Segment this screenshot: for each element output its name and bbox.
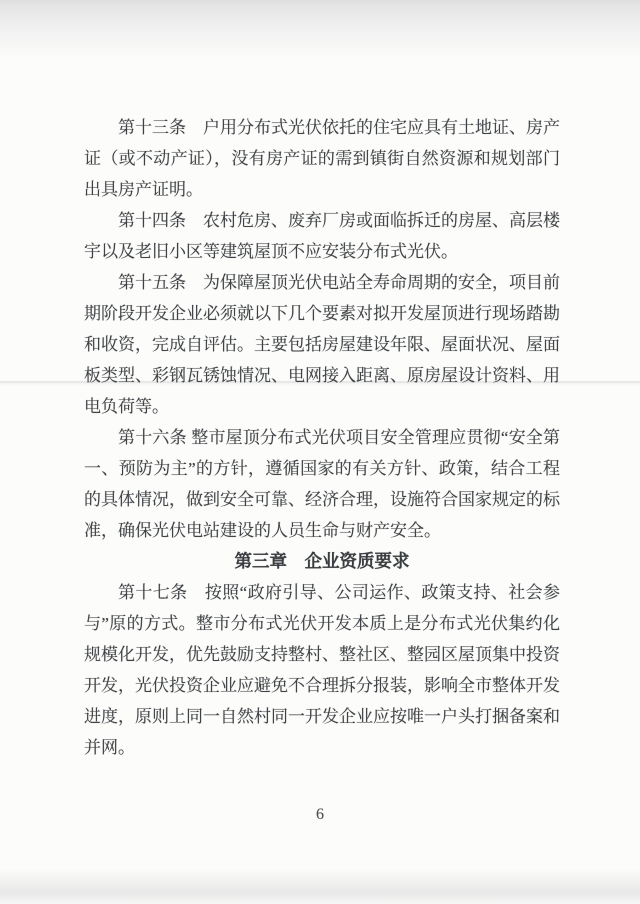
- article-16-paragraph: 第十六条 整市屋顶分布式光伏项目安全管理应贯彻“安全第一、预防为主”的方针，遵循…: [84, 422, 560, 546]
- document-body: 第十三条 户用分布式光伏依托的住宅应具有土地证、房产证（或不动产证），没有房产证…: [84, 112, 560, 763]
- scan-top-shadow: [0, 0, 640, 58]
- article-14-paragraph: 第十四条 农村危房、废弃厂房或面临拆迁的房屋、高层楼宇以及老旧小区等建筑屋顶不应…: [84, 205, 560, 267]
- page-number: 6: [0, 803, 640, 827]
- article-17-paragraph: 第十七条 按照“政府引导、公司运作、政策支持、社会参与”原的方式。整市分布式光伏…: [84, 577, 560, 763]
- article-15-paragraph: 第十五条 为保障屋顶光伏电站全寿命周期的安全，项目前期阶段开发企业必须就以下几个…: [84, 267, 560, 422]
- scanned-document-page: 第十三条 户用分布式光伏依托的住宅应具有土地证、房产证（或不动产证），没有房产证…: [0, 0, 640, 904]
- chapter-heading: 第三章 企业资质要求: [84, 546, 560, 577]
- article-13-paragraph: 第十三条 户用分布式光伏依托的住宅应具有土地证、房产证（或不动产证），没有房产证…: [84, 112, 560, 205]
- scan-bottom-shadow: [0, 868, 640, 904]
